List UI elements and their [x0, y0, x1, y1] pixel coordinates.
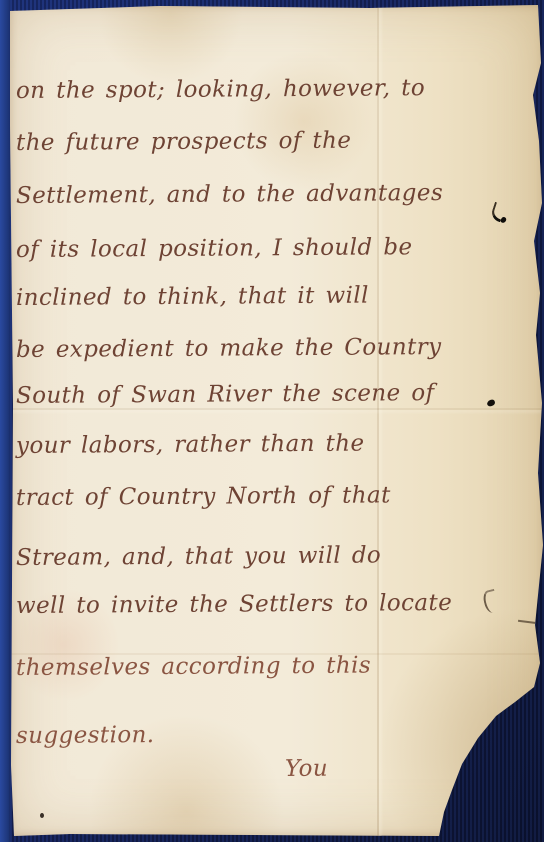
- manuscript-line-11: well to invite the Settlers to locate: [16, 590, 452, 619]
- fold-crease-vertical: [377, 5, 379, 836]
- manuscript-line-5: inclined to think, that it will: [16, 283, 369, 311]
- manuscript-line-3: Settlement, and to the advantages: [16, 180, 443, 209]
- manuscript-line-8: your labors, rather than the: [16, 431, 365, 459]
- ink-speck: [500, 216, 507, 224]
- manuscript-line-2: the future prospects of the: [16, 128, 352, 156]
- manuscript-line-7: South of Swan River the scene of: [16, 380, 435, 409]
- manuscript-line-1: on the spot; looking, however, to: [16, 75, 425, 104]
- ink-blot: [486, 399, 496, 407]
- photograph-background: on the spot; looking, however, to the fu…: [0, 0, 544, 842]
- manuscript-line-12: themselves according to this: [16, 653, 371, 681]
- manuscript-page: on the spot; looking, however, to the fu…: [10, 5, 544, 836]
- manuscript-line-9: tract of Country North of that: [16, 482, 391, 511]
- paper-crack-mark: [481, 589, 499, 614]
- manuscript-line-13: suggestion.: [16, 722, 155, 749]
- paper-edge-crack: [518, 620, 538, 624]
- catchword: You: [285, 756, 328, 782]
- manuscript-line-4: of its local position, I should be: [16, 234, 413, 263]
- manuscript-line-10: Stream, and, that you will do: [16, 542, 381, 571]
- paper-speck: [40, 813, 44, 818]
- manuscript-line-6: be expedient to make the Country: [16, 334, 442, 363]
